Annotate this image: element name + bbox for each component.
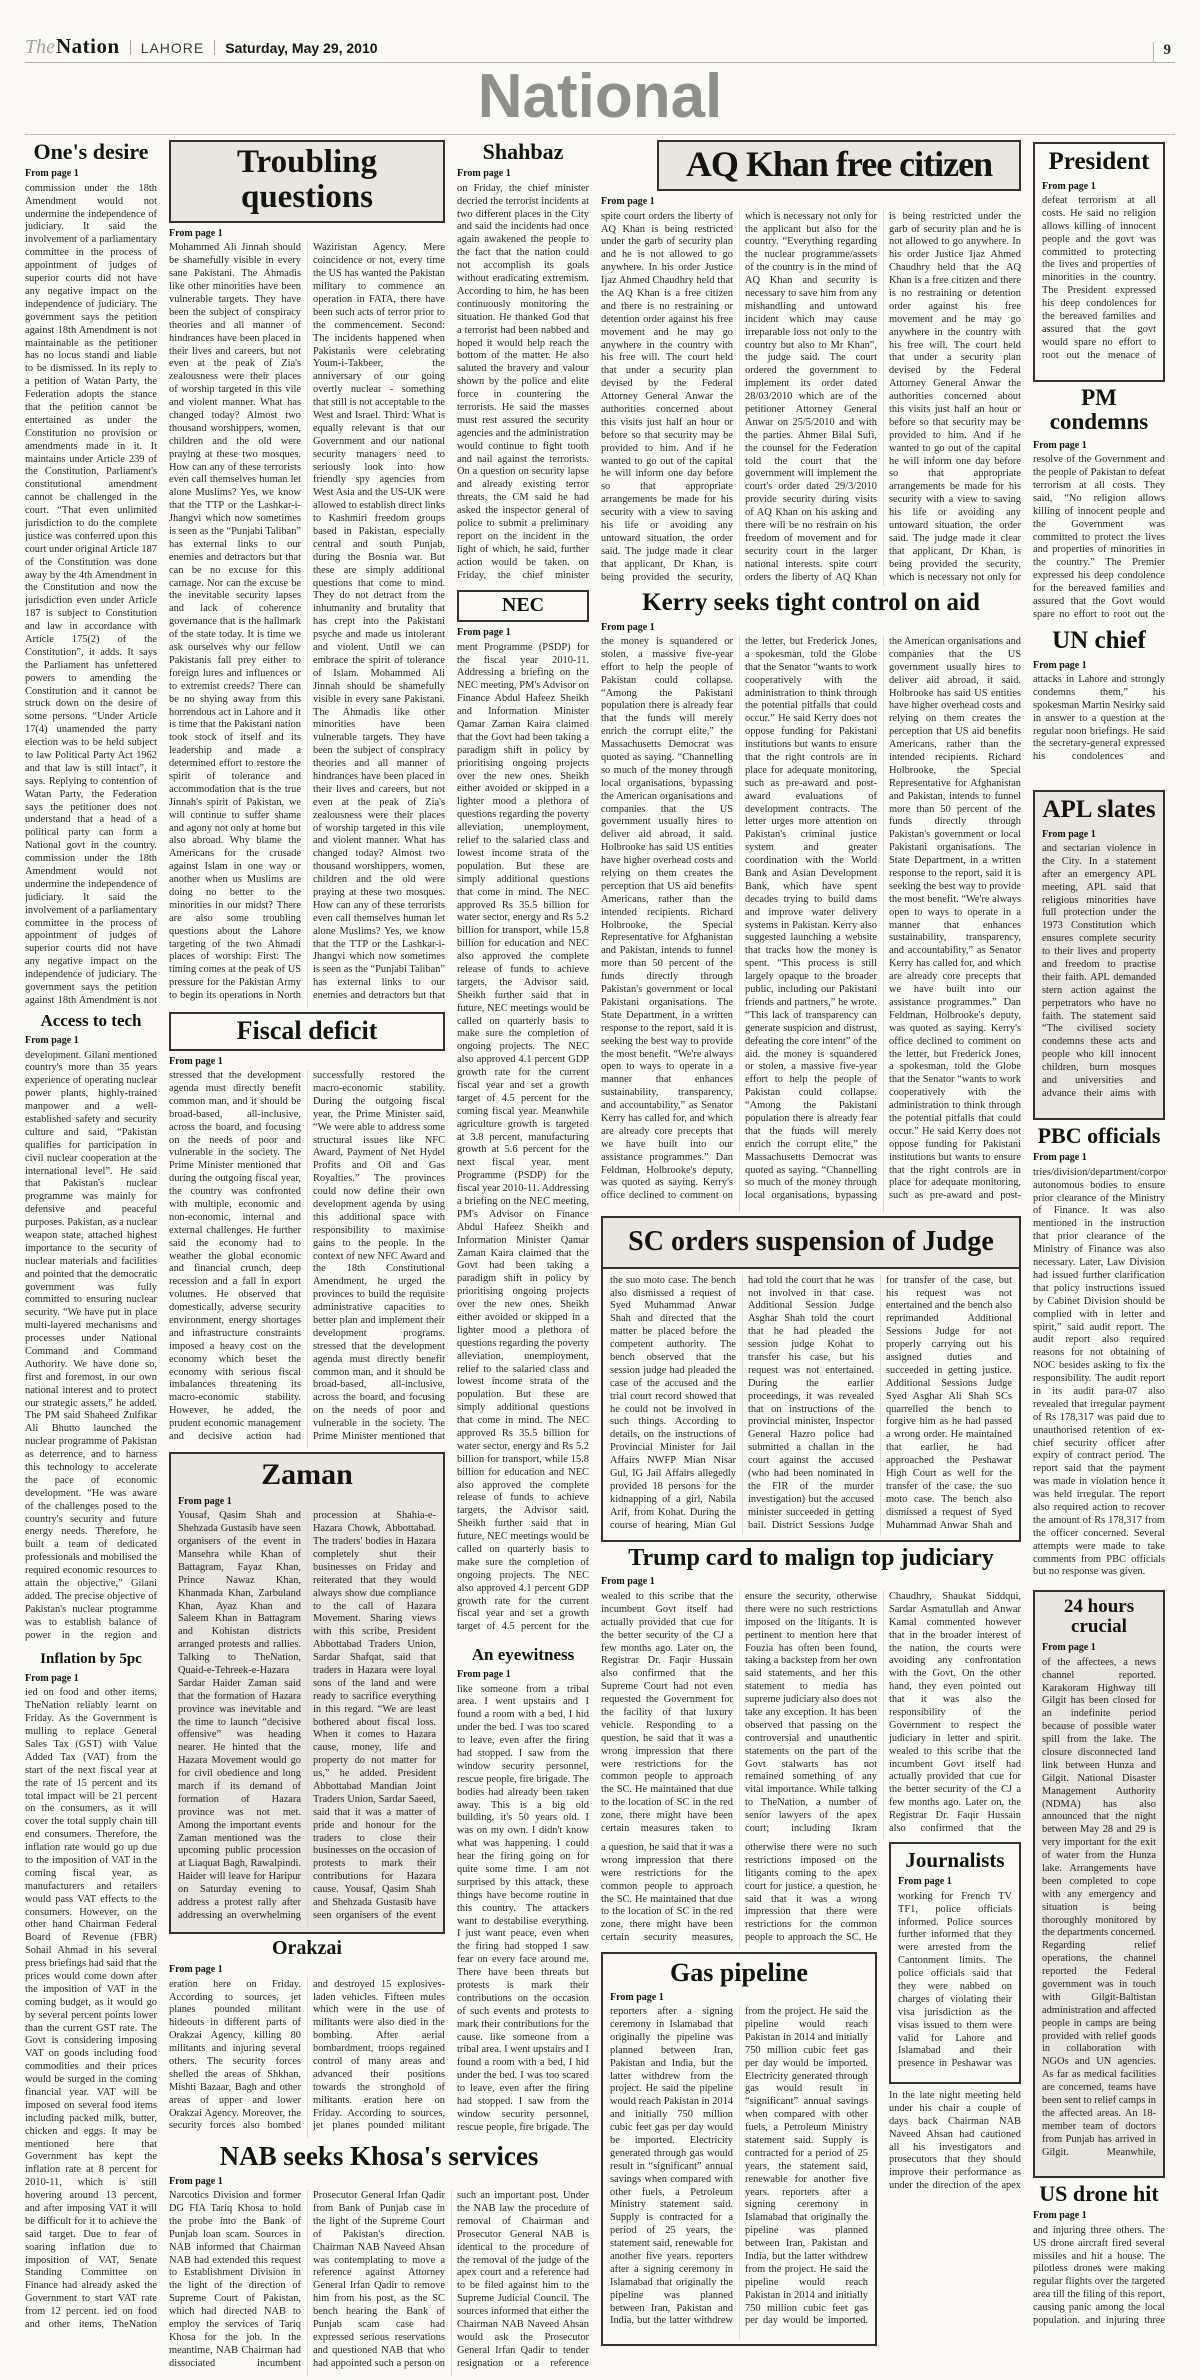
article-troubling-questions: Troubling questions From page 1 Mohammed… [169, 140, 445, 1008]
article-headline: NEC [457, 590, 589, 622]
banner-rule [25, 134, 1175, 135]
from-page-tag: From page 1 [610, 1991, 868, 2005]
from-page-tag: From page 1 [25, 1034, 157, 1048]
article-an-eyewitness: An eyewitness From page 1 like someone f… [457, 1646, 589, 2138]
article-body: stressed that the development agenda mus… [169, 1070, 445, 1448]
article-headline: Zaman [178, 1459, 436, 1491]
article-trump-card-continuation: a question, he said that it was a wrong … [601, 1842, 877, 1948]
masthead: TheNation LAHORE Saturday, May 29, 2010 … [25, 34, 1175, 63]
article-body: ment Programme (PSDP) for the fiscal yea… [457, 642, 589, 1642]
from-page-tag: From page 1 [1033, 439, 1165, 453]
article-body: attacks in Lahore and strongly condemns … [1033, 674, 1165, 786]
article-body: the money is squandered or stolen, a mas… [601, 636, 1021, 1212]
article-headline: AQ Khan free citizen [657, 140, 1021, 191]
article-nab-side-paragraph: In the late night meeting held under his… [889, 2090, 1021, 2202]
article-president: President From page 1 defeat terrorism a… [1033, 142, 1165, 382]
article-un-chief: UN chief From page 1 attacks in Lahore a… [1033, 628, 1165, 786]
newspaper-page: TheNation LAHORE Saturday, May 29, 2010 … [0, 0, 1200, 2380]
article-headline: Shahbaz [457, 140, 589, 163]
from-page-tag: From page 1 [25, 167, 157, 181]
article-body: tries/division/department/corporation au… [1033, 1167, 1165, 1586]
from-page-tag: From page 1 [1033, 2209, 1165, 2223]
article-headline: Inflation by 5pc [25, 1652, 157, 1668]
article-headline: US drone hit [1033, 2182, 1165, 2205]
from-page-tag: From page 1 [457, 626, 589, 640]
article-body: commission under the 18th Amendment woul… [25, 183, 157, 1008]
article-headline: Trump card to malign top judiciary [601, 1546, 1021, 1571]
from-page-tag: From page 1 [457, 167, 589, 181]
masthead-left: TheNation LAHORE Saturday, May 29, 2010 [25, 34, 378, 62]
from-page-tag: From page 1 [601, 1575, 1021, 1589]
article-headline: One's desire [25, 140, 157, 163]
article-body: spite court orders the liberty of AQ Kha… [601, 211, 1021, 586]
article-pbc-officials: PBC officials From page 1 tries/division… [1033, 1124, 1165, 1586]
article-access-to-tech: Access to tech From page 1 development. … [25, 1012, 157, 1648]
date-label: Saturday, May 29, 2010 [225, 40, 377, 56]
article-trump-card-judiciary: Trump card to malign top judiciary From … [601, 1546, 1021, 1838]
article-headline: UN chief [1033, 628, 1165, 655]
from-page-tag: From page 1 [898, 1875, 1012, 1889]
article-body: eration here on Friday. According to sou… [169, 1979, 445, 2138]
article-body: In the late night meeting held under his… [889, 2090, 1021, 2202]
article-gas-pipeline: Gas pipeline From page 1 reporters after… [601, 1952, 877, 2346]
article-headline: Access to tech [25, 1012, 157, 1030]
article-body: of the affectees, a news channel reporte… [1042, 1657, 1156, 2171]
article-body: development. Gilani mentioned country's … [25, 1050, 157, 1648]
article-fiscal-deficit: Fiscal deficit From page 1 stressed that… [169, 1012, 445, 1448]
article-inflation-by-5pc: Inflation by 5pc From page 1 ied on food… [25, 1652, 157, 2338]
article-body: on Friday, the chief minister decried th… [457, 183, 589, 586]
article-headline: SC orders suspension of Judge [603, 1218, 1019, 1269]
from-page-tag: From page 1 [1042, 1641, 1156, 1655]
article-headline: PBC officials [1033, 1124, 1165, 1147]
article-headline: President [1042, 149, 1156, 176]
from-page-tag: From page 1 [601, 621, 1021, 635]
city-label: LAHORE [141, 40, 205, 56]
article-nab-seeks-khosa: NAB seeks Khosa's services From page 1 N… [169, 2142, 589, 2376]
article-sc-orders-suspension: SC orders suspension of Judge the suo mo… [601, 1216, 1021, 1542]
article-headline: Journalists [898, 1849, 1012, 1871]
article-body: working for French TV TF1, police offici… [898, 1891, 1012, 2077]
from-page-tag: From page 1 [169, 1055, 445, 1069]
article-kerry-aid-control: Kerry seeks tight control on aid From pa… [601, 590, 1021, 1212]
article-headline: An eyewitness [457, 1646, 589, 1664]
article-body: reporters after a signing ceremony in Is… [610, 2006, 868, 2339]
from-page-tag: From page 1 [1042, 828, 1156, 842]
from-page-tag: From page 1 [169, 1963, 445, 1977]
article-body: Narcotics Division and former DG FIA Tar… [169, 2190, 589, 2376]
brand-logo: TheNation [25, 34, 120, 59]
article-headline: Kerry seeks tight control on aid [601, 590, 1021, 617]
page-number: 9 [1153, 42, 1176, 62]
from-page-tag: From page 1 [25, 1672, 157, 1686]
article-body: Yousaf, Qasim Shah and Shehzada Gustasib… [178, 1510, 436, 1927]
article-body: and injuring three others. The US drone … [1033, 2225, 1165, 2336]
article-headline: APL slates [1042, 797, 1156, 824]
article-headline: Troubling questions [169, 140, 445, 223]
article-body: wealed to this scribe that the incumbent… [601, 1591, 1021, 1838]
from-page-tag: From page 1 [169, 2175, 589, 2189]
article-pm-condemns: PM condemns From page 1 resolve of the G… [1033, 386, 1165, 624]
from-page-tag: From page 1 [169, 227, 445, 241]
article-headline: PM condemns [1033, 386, 1165, 435]
brand-nation: Nation [56, 34, 120, 58]
section-banner: National [0, 62, 1200, 132]
article-apl-slates: APL slates From page 1 and sectarian vio… [1033, 790, 1165, 1120]
article-24-hours-crucial: 24 hours crucial From page 1 of the affe… [1033, 1590, 1165, 2178]
article-ones-desire: One's desire From page 1 commission unde… [25, 140, 157, 1008]
from-page-tag: From page 1 [1033, 1151, 1165, 1165]
article-journalists: Journalists From page 1 working for Fren… [889, 1842, 1021, 2084]
article-body: resolve of the Government and the people… [1033, 454, 1165, 624]
article-body: the suo moto case. The bench also dismis… [610, 1275, 1012, 1535]
article-aq-khan-free-citizen: AQ Khan free citizen From page 1 spite c… [601, 140, 1021, 586]
from-page-tag: From page 1 [178, 1495, 436, 1509]
from-page-tag: From page 1 [1033, 659, 1165, 673]
article-body: Mohammed Ali Jinnah should be shamefully… [169, 242, 445, 1008]
article-body: a question, he said that it was a wrong … [601, 1842, 877, 1948]
article-body: like someone from a tribal area. I went … [457, 1684, 589, 2138]
article-body: and sectarian violence in the City. In a… [1042, 843, 1156, 1113]
article-headline: Gas pipeline [610, 1959, 868, 1987]
from-page-tag: From page 1 [457, 1668, 589, 1682]
article-body: ied on food and other items, TheNation r… [25, 1687, 157, 2338]
from-page-tag: From page 1 [1042, 180, 1156, 194]
masthead-divider [130, 40, 131, 55]
from-page-tag: From page 1 [601, 195, 1021, 209]
article-zaman: Zaman From page 1 Yousaf, Qasim Shah and… [169, 1452, 445, 1934]
article-headline: NAB seeks Khosa's services [169, 2142, 589, 2171]
article-nec: NEC From page 1 ment Programme (PSDP) fo… [457, 590, 589, 1642]
brand-the: The [25, 36, 55, 58]
masthead-divider [214, 40, 215, 55]
article-headline: Fiscal deficit [169, 1012, 445, 1051]
article-us-drone-hit: US drone hit From page 1 and injuring th… [1033, 2182, 1165, 2336]
article-headline: 24 hours crucial [1042, 1597, 1156, 1637]
article-headline: Orakzai [169, 1938, 445, 1959]
article-shahbaz: Shahbaz From page 1 on Friday, the chief… [457, 140, 589, 586]
article-body: defeat terrorism at all costs. He said n… [1042, 195, 1156, 375]
article-orakzai: Orakzai From page 1 eration here on Frid… [169, 1938, 445, 2138]
